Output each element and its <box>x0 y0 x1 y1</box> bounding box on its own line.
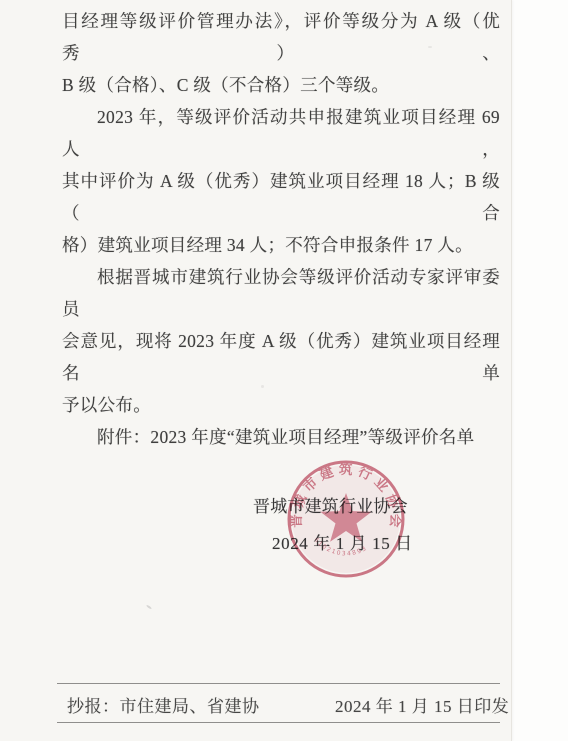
seal-ring-text: 晋城市建筑行业协会 <box>288 461 405 533</box>
footer-bottom-rule <box>57 722 500 723</box>
scan-artifact <box>428 46 432 48</box>
seal-code: 61021034893 <box>313 536 369 557</box>
footer-top-rule <box>57 683 500 684</box>
body-line: 其中评价为 A 级（优秀）建筑业项目经理 18 人；B 级（合 <box>62 165 500 229</box>
scan-artifact <box>146 604 152 609</box>
footer-copy-to: 抄报：市住建局、省建协 <box>67 692 260 717</box>
official-seal-icon: 晋城市建筑行业协会 61021034893 <box>286 459 406 579</box>
body-line: 2023 年，等级评价活动共申报建筑业项目经理 69 人， <box>62 101 500 165</box>
signature-date: 2024 年 1 月 15 日 <box>272 529 413 554</box>
body-line: B 级（合格）、C 级（不合格）三个等级。 <box>62 69 500 101</box>
seal-outer-ring <box>289 462 403 576</box>
body-line: 予以公布。 <box>62 389 500 421</box>
document-body: 目经理等级评价管理办法》，评价等级分为 A 级（优秀）、B 级（合格）、C 级（… <box>62 5 500 453</box>
body-line: 附件：2023 年度“建筑业项目经理”等级评价名单 <box>62 421 500 453</box>
seal-inner-wash <box>292 465 400 573</box>
star-icon <box>320 493 371 542</box>
scanned-page: 目经理等级评价管理办法》，评价等级分为 A 级（优秀）、B 级（合格）、C 级（… <box>0 0 512 741</box>
footer-print-date: 2024 年 1 月 15 日印发 <box>335 692 509 717</box>
scan-artifact <box>261 385 264 388</box>
body-line: 会意见，现将 2023 年度 A 级（优秀）建筑业项目经理名单 <box>62 325 500 389</box>
body-line: 根据晋城市建筑行业协会等级评价活动专家评审委员 <box>62 261 500 325</box>
signature-org: 晋城市建筑行业协会 <box>253 492 408 517</box>
body-line: 目经理等级评价管理办法》，评价等级分为 A 级（优秀）、 <box>62 5 500 69</box>
body-line: 格）建筑业项目经理 34 人；不符合申报条件 17 人。 <box>62 229 500 261</box>
